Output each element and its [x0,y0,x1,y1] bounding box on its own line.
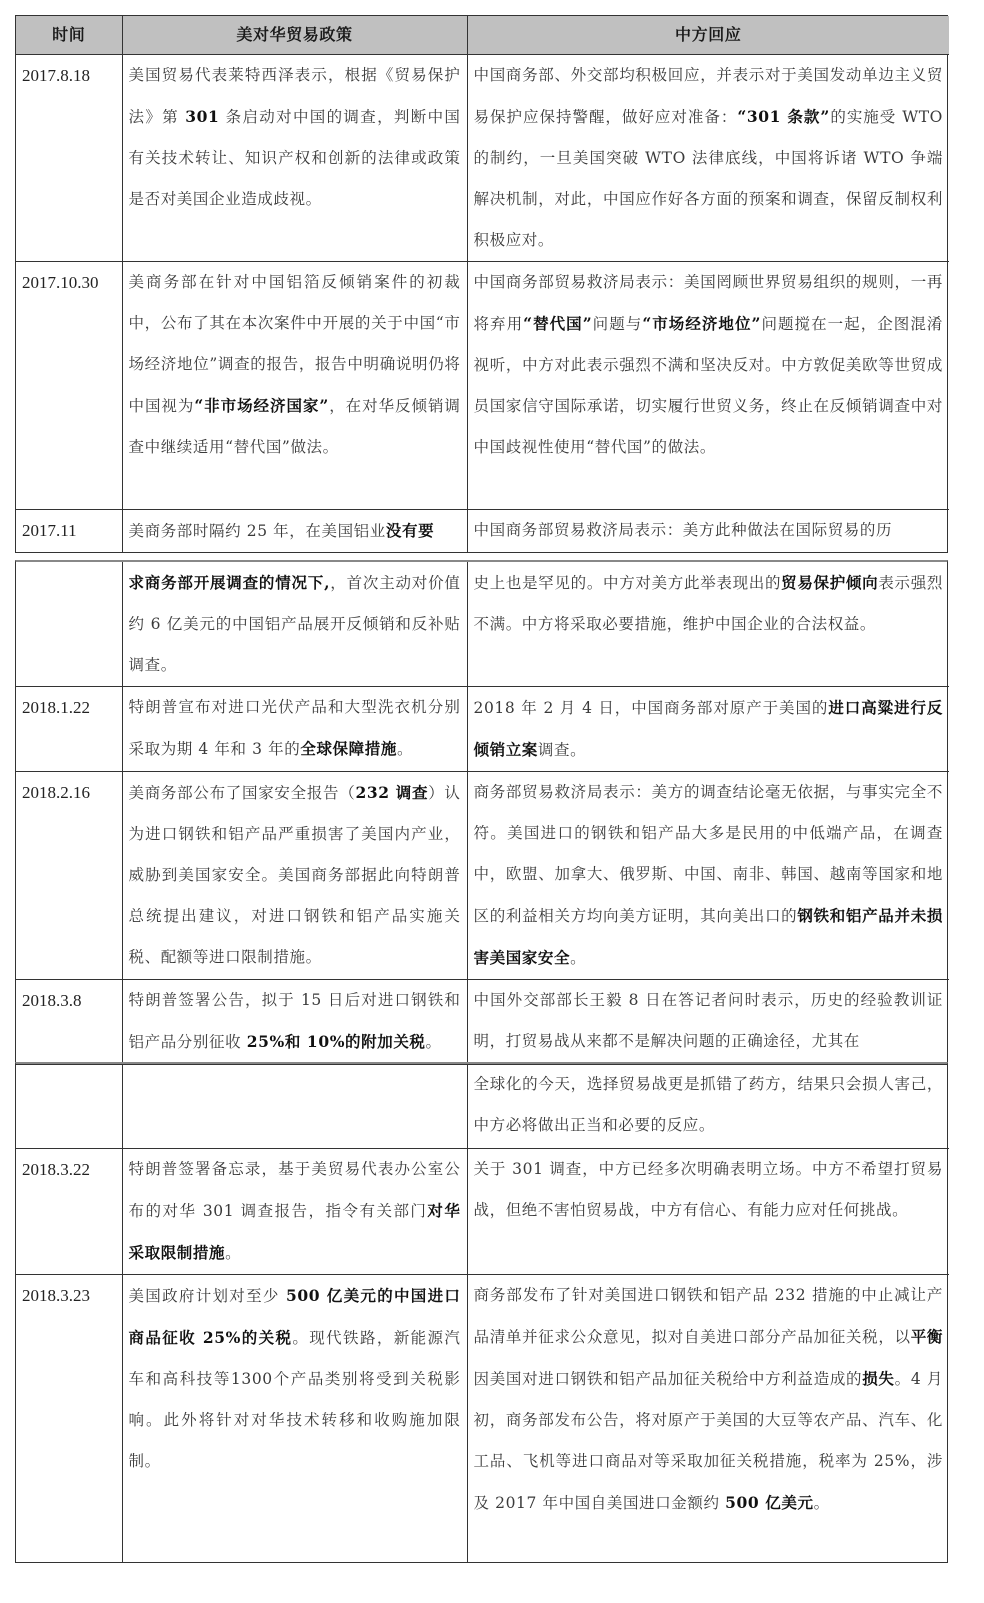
china-response-cell: 商务部发布了针对美国进口钢铁和铝产品 232 措施的中止减让产品清单并征求公众意… [467,1274,949,1562]
text-run: 2018 年 2 月 4 日，中国商务部对原产于美国的 [474,699,829,717]
table-segment-2: 求商务部开展调查的情况下,，首次主动对价值约 6 亿美元的中国铝产品展开反倾销和… [15,560,948,1065]
us-policy-cell: 美商务部时隔约 25 年，在美国铝业没有要 [122,510,467,553]
text-run: 商务部贸易救济局表示：美方的调查结论毫无依据，与事实完全不符。美国进口的钢铁和铝… [474,783,944,925]
bold-text-run: 平衡 [911,1327,943,1346]
us-policy-cell: 特朗普签署公告，拟于 15 日后对进口钢铁和铝产品分别征收 25%和 10%的附… [122,980,467,1064]
row-date: 2018.3.22 [16,1148,122,1274]
trade-policy-table-part-3: 全球化的今天，选择贸易战更是抓错了药方，结果只会损人害己，中方必将做出正当和必要… [16,1064,949,1562]
us-policy-cell: 求商务部开展调查的情况下,，首次主动对价值约 6 亿美元的中国铝产品展开反倾销和… [122,562,467,687]
china-response-cell: 关于 301 调查，中方已经多次明确表明立场。中方不希望打贸易战，但绝不害怕贸易… [467,1148,949,1274]
row-date-continued [16,562,122,687]
text-run: 。 [814,1494,830,1512]
china-response-cell: 商务部贸易救济局表示：美方的调查结论毫无依据，与事实完全不符。美国进口的钢铁和铝… [467,772,949,980]
row-date: 2018.2.16 [16,772,122,980]
text-run: 史上也是罕见的。中方对美方此举表现出的 [474,574,782,592]
china-response-cell: 中国商务部、外交部均积极回应，并表示对于美国发动单边主义贸易保护应保持警醒，做好… [467,55,949,262]
us-policy-cell: 美商务部公布了国家安全报告（232 调查）认为进口钢铁和铝产品严重损害了美国内产… [122,772,467,980]
text-run: 中国外交部部长王毅 8 日在答记者问时表示，历史的经验教训证明，打贸易战从来都不… [474,991,944,1050]
text-run: 美商务部在针对中国铝箔反倾销案件的初裁中，公布了其在本次案件中开展的关于中国“市… [129,273,461,415]
table-row: 2018.3.23 美国政府计划对至少 500 亿美元的中国进口商品征收 25%… [16,1274,949,1562]
header-us-policy: 美对华贸易政策 [122,16,467,55]
table-row: 2017.8.18 美国贸易代表莱特西泽表示，根据《贸易保护法》第 301 条启… [16,55,949,262]
row-date: 2017.8.18 [16,55,122,262]
text-run: 。 [225,1244,241,1262]
text-run: 关于 301 调查，中方已经多次明确表明立场。中方不希望打贸易战，但绝不害怕贸易… [474,1160,944,1219]
text-run: 中国商务部贸易救济局表示：美方此种做法在国际贸易的历 [474,521,893,539]
bold-text-run: “301 条款” [737,107,830,126]
trade-policy-table-part-2: 求商务部开展调查的情况下,，首次主动对价值约 6 亿美元的中国铝产品展开反倾销和… [16,562,949,1064]
text-run: 因美国对进口钢铁和铝产品加征关税给中方利益造成的 [474,1370,863,1388]
table-row: 2017.10.30 美商务部在针对中国铝箔反倾销案件的初裁中，公布了其在本次案… [16,262,949,510]
table-segment-1: 时间 美对华贸易政策 中方回应 2017.8.18 美国贸易代表莱特西泽表示，根… [15,15,948,553]
header-time: 时间 [16,16,122,55]
row-date: 2017.10.30 [16,262,122,510]
row-date: 2018.3.23 [16,1274,122,1562]
text-run: 的实施受 WTO 的制约，一旦美国突破 WTO 法律底线，中国将诉诸 WTO 争… [474,108,944,249]
bold-text-run: 损失 [862,1369,894,1388]
table-segment-3: 全球化的今天，选择贸易战更是抓错了药方，结果只会损人害己，中方必将做出正当和必要… [15,1062,948,1563]
text-run: ）认为进口钢铁和铝产品严重损害了美国内产业，威胁到美国家安全。美国商务部据此向特… [129,784,461,966]
china-response-cell: 全球化的今天，选择贸易战更是抓错了药方，结果只会损人害己，中方必将做出正当和必要… [467,1064,949,1148]
table-row: 2017.11 美商务部时隔约 25 年，在美国铝业没有要 中国商务部贸易救济局… [16,510,949,553]
us-policy-cell: 美国政府计划对至少 500 亿美元的中国进口商品征收 25%的关税。现代铁路，新… [122,1274,467,1562]
china-response-cell: 史上也是罕见的。中方对美方此举表现出的贸易保护倾向表示强烈不满。中方将采取必要措… [467,562,949,687]
bold-text-run: 500 亿美元 [725,1493,813,1512]
table-row: 求商务部开展调查的情况下,，首次主动对价值约 6 亿美元的中国铝产品展开反倾销和… [16,562,949,687]
bold-text-run: 全球保障措施 [300,739,397,758]
us-policy-cell: 美国贸易代表莱特西泽表示，根据《贸易保护法》第 301 条启动对中国的调查，判断… [122,55,467,262]
header-row: 时间 美对华贸易政策 中方回应 [16,16,949,55]
bold-text-run: “非市场经济国家” [194,396,329,415]
text-run: 。 [426,1033,442,1051]
bold-text-run: 301 [185,107,219,126]
table-row: 2018.3.22 特朗普签署备忘录，基于美贸易代表办公室公布的对华 301 调… [16,1148,949,1274]
row-date: 2018.3.8 [16,980,122,1064]
us-policy-cell: 特朗普签署备忘录，基于美贸易代表办公室公布的对华 301 调查报告，指令有关部门… [122,1148,467,1274]
bold-text-run: “替代国” [523,314,592,333]
table-row: 2018.3.8 特朗普签署公告，拟于 15 日后对进口钢铁和铝产品分别征收 2… [16,980,949,1064]
table-row: 2018.1.22 特朗普宣布对进口光伏产品和大型洗衣机分别采取为期 4 年和 … [16,687,949,772]
china-response-cell: 2018 年 2 月 4 日，中国商务部对原产于美国的进口高粱进行反倾销立案调查… [467,687,949,772]
bold-text-run: 25%和 10%的附加关税 [247,1032,426,1051]
china-response-cell: 中国外交部部长王毅 8 日在答记者问时表示，历史的经验教训证明，打贸易战从来都不… [467,980,949,1064]
text-run: 美商务部时隔约 25 年，在美国铝业 [129,522,386,540]
text-run: 。 [570,949,586,967]
text-run: 。现代铁路，新能源汽车和高科技等1300个产品类别将受到关税影响。此外将针对对华… [129,1329,461,1470]
text-run: 商务部发布了针对美国进口钢铁和铝产品 232 措施的中止减让产品清单并征求公众意… [474,1286,944,1346]
us-policy-cell: 美商务部在针对中国铝箔反倾销案件的初裁中，公布了其在本次案件中开展的关于中国“市… [122,262,467,510]
text-run: 问题与 [592,315,642,333]
bold-text-run: “市场经济地位” [642,314,761,333]
text-run: 问题搅在一起，企图混淆视听，中方对此表示强烈不满和坚决反对。中方敦促美欧等世贸成… [474,315,944,456]
text-run: 美国政府计划对至少 [129,1287,286,1305]
china-response-cell: 中国商务部贸易救济局表示：美国罔顾世界贸易组织的规则，一再将弃用“替代国”问题与… [467,262,949,510]
row-date: 2017.11 [16,510,122,553]
text-run: 全球化的今天，选择贸易战更是抓错了药方，结果只会损人害己，中方必将做出正当和必要… [474,1075,944,1134]
bold-text-run: 贸易保护倾向 [781,573,878,592]
header-china-response: 中方回应 [467,16,949,55]
text-run: 。4 月初，商务部发布公告，将对原产于美国的大豆等农产品、汽车、化工品、飞机等进… [474,1370,944,1512]
bold-text-run: 求商务部开展调查的情况下, [129,573,331,592]
trade-policy-table-part-1: 时间 美对华贸易政策 中方回应 2017.8.18 美国贸易代表莱特西泽表示，根… [16,16,949,552]
us-policy-cell: 特朗普宣布对进口光伏产品和大型洗衣机分别采取为期 4 年和 3 年的全球保障措施… [122,687,467,772]
row-date: 2018.1.22 [16,687,122,772]
bold-text-run: 232 调查 [355,783,428,802]
bold-text-run: 没有要 [386,521,434,540]
text-run: 美商务部公布了国家安全报告（ [129,784,356,802]
table-row: 2018.2.16 美商务部公布了国家安全报告（232 调查）认为进口钢铁和铝产… [16,772,949,980]
us-policy-cell-empty [122,1064,467,1148]
row-date-continued [16,1064,122,1148]
china-response-cell: 中国商务部贸易救济局表示：美方此种做法在国际贸易的历 [467,510,949,553]
text-run: 。 [397,740,413,758]
table-row: 全球化的今天，选择贸易战更是抓错了药方，结果只会损人害己，中方必将做出正当和必要… [16,1064,949,1148]
text-run: 特朗普签署备忘录，基于美贸易代表办公室公布的对华 301 调查报告，指令有关部门 [129,1160,461,1220]
text-run: 调查。 [538,741,586,759]
